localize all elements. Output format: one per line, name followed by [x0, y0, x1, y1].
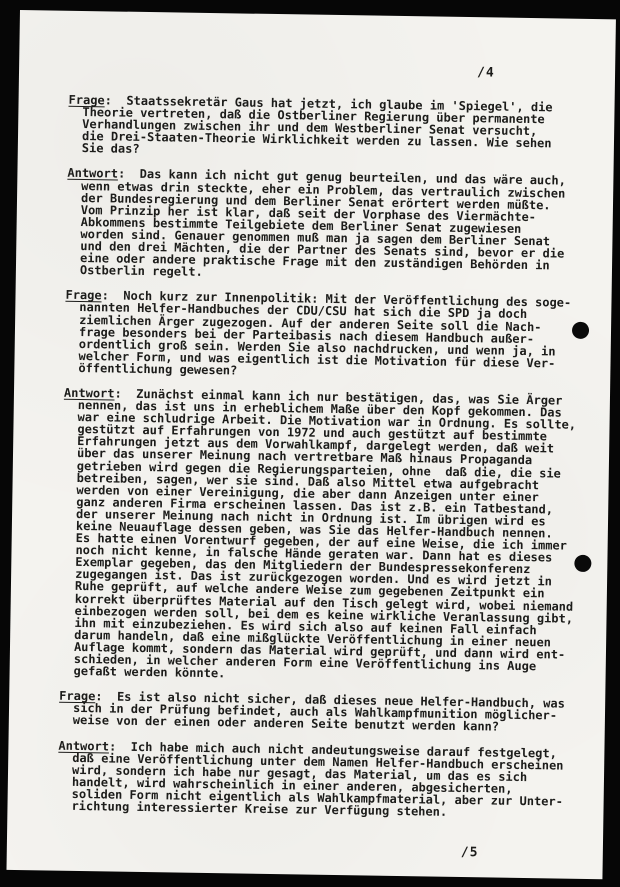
qa-text: : Es ist also nicht sicher, daß dieses n…: [73, 689, 565, 734]
qa-text: : Zunächst einmal kann ich nur bestätige…: [74, 387, 577, 681]
qa-block: Antwort: Das kann ich nicht gut genug be…: [66, 167, 590, 284]
qa-block: Frage: Noch kurz zur Innenpolitik: Mit d…: [64, 289, 587, 382]
scan-backdrop: /4 Frage: Staatssekretär Gaus hat jetzt,…: [0, 0, 620, 887]
qa-list: Frage: Staatssekretär Gaus hat jetzt, ic…: [57, 94, 590, 833]
paper-page: /4 Frage: Staatssekretär Gaus hat jetzt,…: [6, 10, 615, 879]
qa-block: Antwort: Zunächst einmal kann ich nur be…: [60, 387, 586, 685]
page-number-bottom: /5: [461, 845, 479, 860]
qa-block: Antwort: Ich habe mich auch nicht andeut…: [57, 739, 580, 820]
page-number-top: /4: [477, 65, 495, 80]
qa-block: Frage: Es ist also nicht sicher, daß die…: [59, 690, 582, 734]
qa-text: : Noch kurz zur Innenpolitik: Mit der Ve…: [78, 289, 571, 378]
punch-hole-icon: [574, 555, 591, 572]
qa-text: : Das kann ich nicht gut genug beurteile…: [80, 167, 566, 279]
qa-block: Frage: Staatssekretär Gaus hat jetzt, ic…: [68, 94, 591, 163]
qa-text: : Ich habe mich auch nicht andeutungswei…: [71, 739, 563, 819]
qa-text: : Staatssekretär Gaus hat jetzt, ich gla…: [82, 93, 553, 156]
